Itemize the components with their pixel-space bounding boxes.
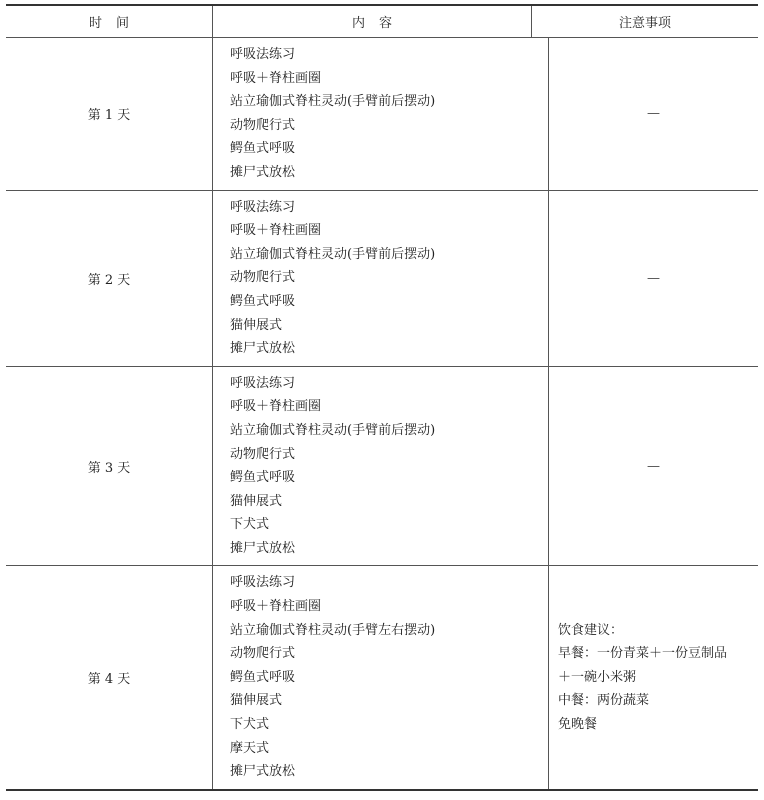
- table-row: 第 3 天呼吸法练习呼吸＋脊柱画圈站立瑜伽式脊柱灵动(手臂前后摆动)动物爬行式鳄…: [6, 367, 758, 567]
- exercise-item: 摊尸式放松: [230, 537, 548, 561]
- exercise-item: 呼吸法练习: [230, 196, 548, 220]
- day-label: 第 4 天: [88, 668, 131, 687]
- exercise-item: 呼吸＋脊柱画圈: [230, 67, 548, 91]
- empty-note-dash: —: [647, 106, 660, 121]
- exercise-item: 动物爬行式: [230, 443, 548, 467]
- exercise-item: 摊尸式放松: [230, 161, 548, 185]
- notes-cell: 饮食建议：早餐：一份青菜＋一份豆制品＋一碗小米粥中餐：两份蔬菜免晚餐: [549, 566, 758, 788]
- note-line: 免晚餐: [558, 713, 727, 737]
- day-label: 第 2 天: [88, 269, 131, 288]
- exercise-item: 猫伸展式: [230, 490, 548, 514]
- exercise-item: 呼吸法练习: [230, 571, 548, 595]
- table-row: 第 4 天呼吸法练习呼吸＋脊柱画圈站立瑜伽式脊柱灵动(手臂左右摆动)动物爬行式鳄…: [6, 566, 758, 788]
- exercise-item: 摊尸式放松: [230, 760, 548, 784]
- exercise-item: 鳄鱼式呼吸: [230, 137, 548, 161]
- notes-cell: —: [549, 367, 758, 566]
- note-line: 中餐：两份蔬菜: [558, 689, 727, 713]
- exercise-item: 鳄鱼式呼吸: [230, 290, 548, 314]
- diet-advice: 饮食建议：早餐：一份青菜＋一份豆制品＋一碗小米粥中餐：两份蔬菜免晚餐: [558, 619, 727, 737]
- header-notes-label: 注意事项: [619, 12, 671, 31]
- content-cell: 呼吸法练习呼吸＋脊柱画圈站立瑜伽式脊柱灵动(手臂前后摆动)动物爬行式鳄鱼式呼吸猫…: [213, 367, 549, 566]
- exercise-item: 下犬式: [230, 713, 548, 737]
- notes-cell: —: [549, 38, 758, 190]
- exercise-item: 猫伸展式: [230, 314, 548, 338]
- note-line: 早餐：一份青菜＋一份豆制品: [558, 642, 727, 666]
- exercise-item: 站立瑜伽式脊柱灵动(手臂前后摆动): [230, 243, 548, 267]
- content-cell: 呼吸法练习呼吸＋脊柱画圈站立瑜伽式脊柱灵动(手臂前后摆动)动物爬行式鳄鱼式呼吸摊…: [213, 38, 549, 190]
- day-cell: 第 1 天: [6, 38, 213, 190]
- content-cell: 呼吸法练习呼吸＋脊柱画圈站立瑜伽式脊柱灵动(手臂前后摆动)动物爬行式鳄鱼式呼吸猫…: [213, 191, 549, 366]
- note-line: 饮食建议：: [558, 619, 727, 643]
- exercise-item: 鳄鱼式呼吸: [230, 466, 548, 490]
- exercise-item: 站立瑜伽式脊柱灵动(手臂前后摆动): [230, 419, 548, 443]
- exercise-item: 摊尸式放松: [230, 337, 548, 361]
- exercise-item: 呼吸＋脊柱画圈: [230, 595, 548, 619]
- day-cell: 第 3 天: [6, 367, 213, 566]
- day-cell: 第 4 天: [6, 566, 213, 788]
- notes-cell: —: [549, 191, 758, 366]
- day-label: 第 1 天: [88, 104, 131, 123]
- exercise-item: 摩天式: [230, 737, 548, 761]
- table-header-row: 时间 内容 注意事项: [6, 6, 758, 38]
- exercise-item: 动物爬行式: [230, 266, 548, 290]
- header-time-label: 时间: [75, 12, 143, 31]
- exercise-item: 呼吸法练习: [230, 372, 548, 396]
- exercise-item: 猫伸展式: [230, 689, 548, 713]
- table-body: 第 1 天呼吸法练习呼吸＋脊柱画圈站立瑜伽式脊柱灵动(手臂前后摆动)动物爬行式鳄…: [6, 38, 758, 789]
- exercise-item: 呼吸法练习: [230, 43, 548, 67]
- exercise-item: 呼吸＋脊柱画圈: [230, 395, 548, 419]
- exercise-item: 呼吸＋脊柱画圈: [230, 219, 548, 243]
- exercise-item: 动物爬行式: [230, 114, 548, 138]
- table-row: 第 2 天呼吸法练习呼吸＋脊柱画圈站立瑜伽式脊柱灵动(手臂前后摆动)动物爬行式鳄…: [6, 191, 758, 367]
- schedule-table: 时间 内容 注意事项 第 1 天呼吸法练习呼吸＋脊柱画圈站立瑜伽式脊柱灵动(手臂…: [6, 4, 758, 791]
- day-label: 第 3 天: [88, 457, 131, 476]
- exercise-item: 动物爬行式: [230, 642, 548, 666]
- exercise-item: 下犬式: [230, 513, 548, 537]
- header-content-label: 内容: [338, 12, 406, 31]
- empty-note-dash: —: [647, 271, 660, 286]
- exercise-item: 鳄鱼式呼吸: [230, 666, 548, 690]
- header-notes: 注意事项: [532, 6, 758, 37]
- table-row: 第 1 天呼吸法练习呼吸＋脊柱画圈站立瑜伽式脊柱灵动(手臂前后摆动)动物爬行式鳄…: [6, 38, 758, 191]
- content-cell: 呼吸法练习呼吸＋脊柱画圈站立瑜伽式脊柱灵动(手臂左右摆动)动物爬行式鳄鱼式呼吸猫…: [213, 566, 549, 788]
- note-line: ＋一碗小米粥: [558, 666, 727, 690]
- empty-note-dash: —: [647, 459, 660, 474]
- exercise-item: 站立瑜伽式脊柱灵动(手臂前后摆动): [230, 90, 548, 114]
- day-cell: 第 2 天: [6, 191, 213, 366]
- exercise-item: 站立瑜伽式脊柱灵动(手臂左右摆动): [230, 619, 548, 643]
- header-time: 时间: [6, 6, 213, 37]
- header-content: 内容: [213, 6, 532, 37]
